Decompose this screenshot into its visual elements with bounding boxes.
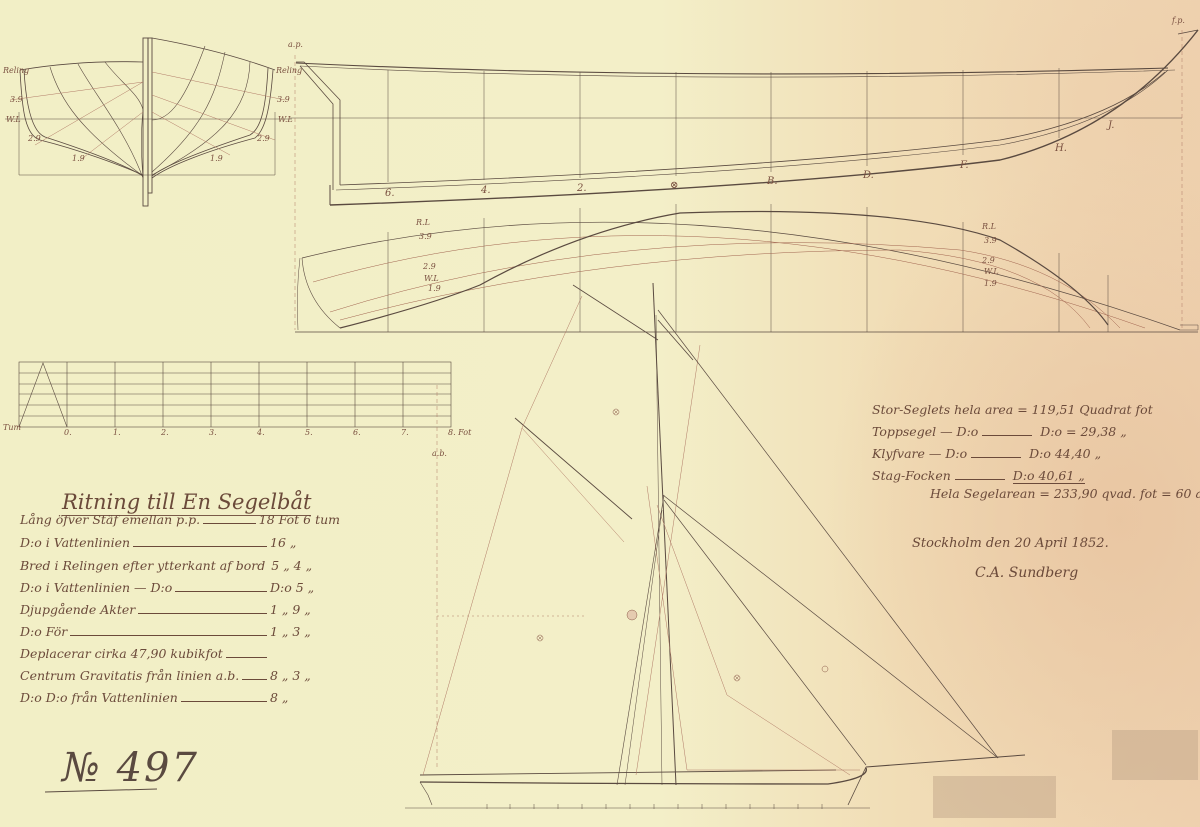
waterline-label: 2.9 [982,256,995,265]
waterline-label: R.L [982,222,996,231]
sail-label: Klyfvare — D:o [872,446,967,461]
signature: C.A. Sundberg [975,565,1078,581]
sail-area-row: Stor-Seglets hela area = 119,51 Quadrat … [872,402,1153,417]
scale-tick: 8. Fot [448,428,471,437]
station-label: 4. [481,185,491,196]
station-label: ⊗ [670,180,678,191]
scale-tick: 7. [401,428,409,437]
tape-strip [933,776,1056,818]
spec-label: Centrum Gravitatis från linien a.b. [20,668,239,683]
spec-row: Centrum Gravitatis från linien a.b. 8 „ … [20,668,340,683]
body-plan [5,38,292,206]
spec-value: 8 „ 3 „ [270,668,340,683]
sail-value: D:o 44,40 „ [1029,446,1101,461]
spec-value: 16 „ [270,535,340,550]
sail-area-row: Stag-Focken D:o 40,61 „ [872,468,1085,484]
spec-value: D:o 5 „ [270,580,340,595]
waterline-label: W.L [984,267,999,276]
sail-area-total: Hela Segelarean = 233,90 qvad. fot = 60 … [930,486,1200,501]
spec-row: D:o D:o från Vattenlinien 8 „ [20,690,340,705]
spec-label: D:o För [20,624,67,639]
place-date: Stockholm den 20 April 1852. [912,536,1109,551]
scale-left-label: Tum [3,423,21,432]
waterline-label: 3.9 [419,232,432,241]
body-plan-label: 2.9 [257,134,270,143]
sail-area-row: Toppsegel — D:o D:o = 29,38 „ [872,424,1127,439]
scale-tick: 0. [64,428,72,437]
spec-row: Djupgående Akter 1 „ 9 „ [20,602,340,617]
station-label: 6. [385,188,395,199]
spec-row: D:o i Vattenlinien 16 „ [20,535,340,550]
spec-value: 1 „ 3 „ [270,624,340,639]
scale-tick: 1. [113,428,121,437]
scale-tick: 5. [305,428,313,437]
station-label: B. [767,176,778,187]
body-plan-label: 2.9 [28,134,41,143]
scale-tick: 3. [209,428,217,437]
spec-label: Bred i Relingen efter ytterkant af bord [20,558,265,573]
sail-value: = 119,51 Quadrat fot [1017,402,1153,417]
waterline-label: 1.9 [984,279,997,288]
waterline-label: 3.9 [984,236,997,245]
station-label: D. [863,170,874,181]
spec-value: 18 Fot 6 tum [259,512,340,527]
ab-marker: a.b. [432,449,447,458]
spec-row: Bred i Relingen efter ytterkant af bord … [20,558,340,573]
tape-strip [1112,730,1198,780]
body-plan-label: 3.9 [277,95,290,104]
spec-label: D:o i Vattenlinien [20,535,130,550]
scale-tick: 4. [257,428,265,437]
body-plan-label: 1.9 [72,154,85,163]
body-plan-label: 3.9 [10,95,23,104]
sail-label: Toppsegel — D:o [872,424,978,439]
sail-area-row: Klyfvare — D:o D:o 44,40 „ [872,446,1101,461]
spec-row: D:o För 1 „ 3 „ [20,624,340,639]
sail-label: Stag-Focken [872,468,951,483]
waterline-label: R.L [416,218,430,227]
body-plan-label: 1.9 [210,154,223,163]
body-plan-label: Reling [276,66,302,75]
body-plan-label: W.L [6,115,21,124]
fore-perpendicular-label: f.p. [1172,16,1185,25]
spec-label: Djupgående Akter [20,602,135,617]
spec-label: D:o D:o från Vattenlinien [20,690,178,705]
sail-value: D:o = 29,38 „ [1040,424,1126,439]
aft-perpendicular-label: a.p. [288,40,303,49]
spec-value: 5 „ 4 „ [271,558,341,573]
body-plan-label: W.L [278,115,293,124]
spec-row: Lång öfver Stäf emellan p.p. 18 Fot 6 tu… [20,512,340,527]
station-label: H. [1055,143,1067,154]
spec-value: 8 „ [270,690,340,705]
body-plan-label: Reling [3,66,29,75]
waterline-label: 1.9 [428,284,441,293]
spec-label: D:o i Vattenlinien — D:o [20,580,172,595]
station-label: F. [960,160,969,171]
spec-value: 1 „ 9 „ [270,602,340,617]
sail-label: Stor-Seglets hela area [872,402,1013,417]
station-label: 2. [577,183,587,194]
spec-label: Deplacerar cirka 47,90 kubikfot [20,646,223,661]
scale-tick: 6. [353,428,361,437]
waterline-label: 2.9 [423,262,436,271]
station-label: J. [1108,120,1114,131]
drawing-number: № 497 [62,745,199,791]
spec-label: Lång öfver Stäf emellan p.p. [20,512,200,527]
spec-row: D:o i Vattenlinien — D:o D:o 5 „ [20,580,340,595]
waterline-label: W.L [424,274,439,283]
spec-row: Deplacerar cirka 47,90 kubikfot [20,646,340,661]
scale-tick: 2. [161,428,169,437]
sail-value: D:o 40,61 „ [1013,468,1085,484]
